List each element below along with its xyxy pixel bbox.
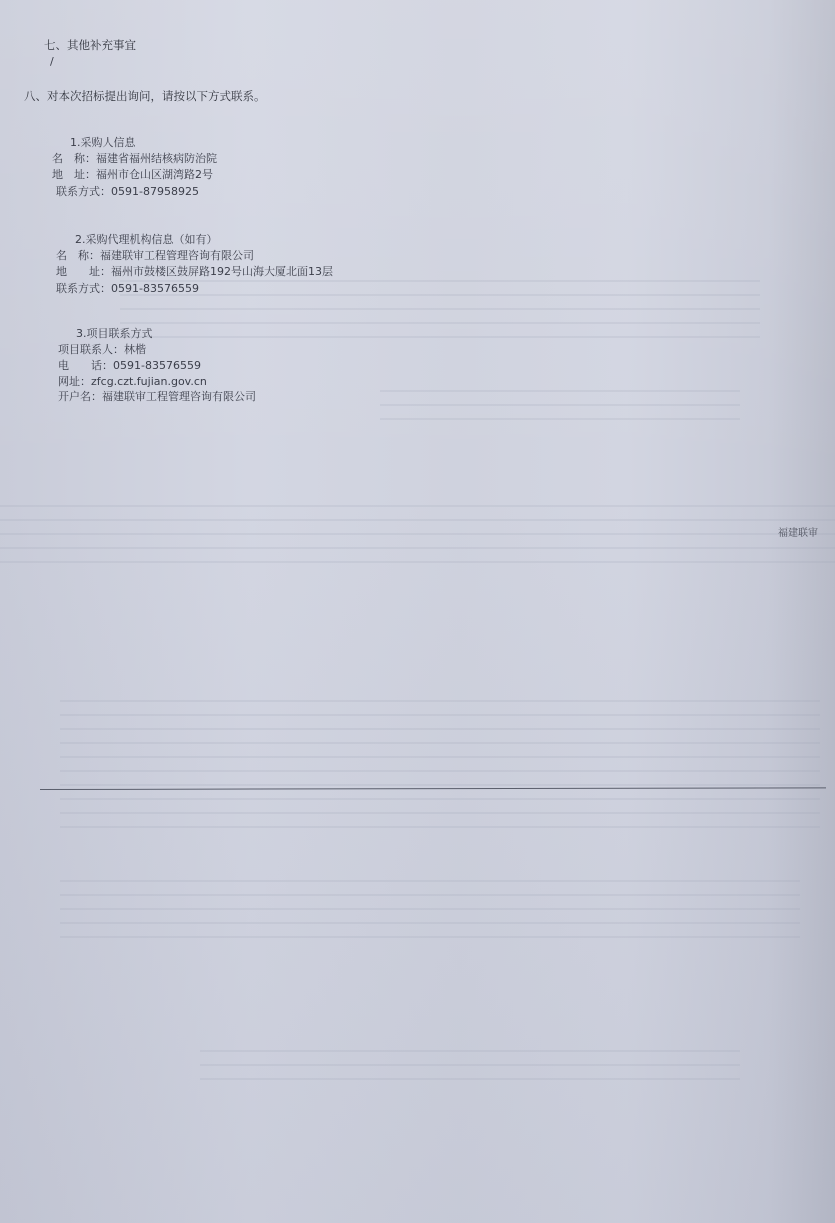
purchaser-name-label: 名 称： xyxy=(52,152,96,165)
purchaser-contact-row: 联系方式：0591-87958925 xyxy=(56,185,199,199)
purchaser-contact-label: 联系方式： xyxy=(56,185,111,198)
project-contact-website-label: 网址： xyxy=(58,375,91,388)
project-contact-person-label: 项目联系人： xyxy=(58,343,124,356)
project-contact-website-row: 网址：zfcg.czt.fujian.gov.cn xyxy=(58,375,207,389)
agency-contact-label: 联系方式： xyxy=(56,282,111,295)
project-contact-account-row: 开户名：福建联审工程管理咨询有限公司 xyxy=(58,390,256,404)
agency-contact: 0591-83576559 xyxy=(111,282,199,295)
purchaser-name-row: 名 称：福建省福州结核病防治院 xyxy=(52,152,217,166)
project-contact-website: zfcg.czt.fujian.gov.cn xyxy=(91,375,207,388)
project-contact-title: 3.项目联系方式 xyxy=(76,327,153,341)
bleed-through-text xyxy=(0,505,835,565)
project-contact-person: 林楷 xyxy=(124,343,146,356)
paper-shading xyxy=(0,0,835,1223)
bleed-through-text xyxy=(200,1050,740,1090)
agency-name-label: 名 称： xyxy=(56,249,100,262)
bleed-through-text xyxy=(60,880,800,950)
section-seven-heading: 七、其他补充事宜 xyxy=(44,38,136,52)
agency-title: 2.采购代理机构信息（如有） xyxy=(75,233,218,247)
purchaser-title: 1.采购人信息 xyxy=(70,136,136,150)
horizontal-rule xyxy=(40,787,826,790)
project-contact-phone: 0591-83576559 xyxy=(113,359,201,372)
project-contact-account-label: 开户名： xyxy=(58,390,102,403)
section-eight-heading: 八、对本次招标提出询问，请按以下方式联系。 xyxy=(24,89,266,103)
agency-name: 福建联审工程管理咨询有限公司 xyxy=(100,249,254,262)
purchaser-address: 福州市仓山区湖湾路2号 xyxy=(96,168,213,181)
agency-address-row: 地 址：福州市鼓楼区鼓屏路192号山海大厦北面13层 xyxy=(56,265,333,279)
agency-address: 福州市鼓楼区鼓屏路192号山海大厦北面13层 xyxy=(111,265,333,278)
agency-contact-row: 联系方式：0591-83576559 xyxy=(56,282,199,296)
section-seven-content: / xyxy=(50,55,54,69)
agency-name-row: 名 称：福建联审工程管理咨询有限公司 xyxy=(56,249,254,263)
purchaser-contact: 0591-87958925 xyxy=(111,185,199,198)
project-contact-phone-label: 电 话： xyxy=(58,359,113,372)
bleed-through-text xyxy=(120,280,760,350)
agency-address-label: 地 址： xyxy=(56,265,111,278)
project-contact-person-row: 项目联系人：林楷 xyxy=(58,343,146,357)
project-contact-account: 福建联审工程管理咨询有限公司 xyxy=(102,390,256,403)
bleed-through-text xyxy=(380,390,740,430)
project-contact-phone-row: 电 话：0591-83576559 xyxy=(58,359,201,373)
purchaser-address-row: 地 址：福州市仓山区湖湾路2号 xyxy=(52,168,213,182)
margin-stamp: 福建联审 xyxy=(778,524,818,539)
purchaser-address-label: 地 址： xyxy=(52,168,96,181)
purchaser-name: 福建省福州结核病防治院 xyxy=(96,152,217,165)
bleed-through-text xyxy=(60,700,820,830)
